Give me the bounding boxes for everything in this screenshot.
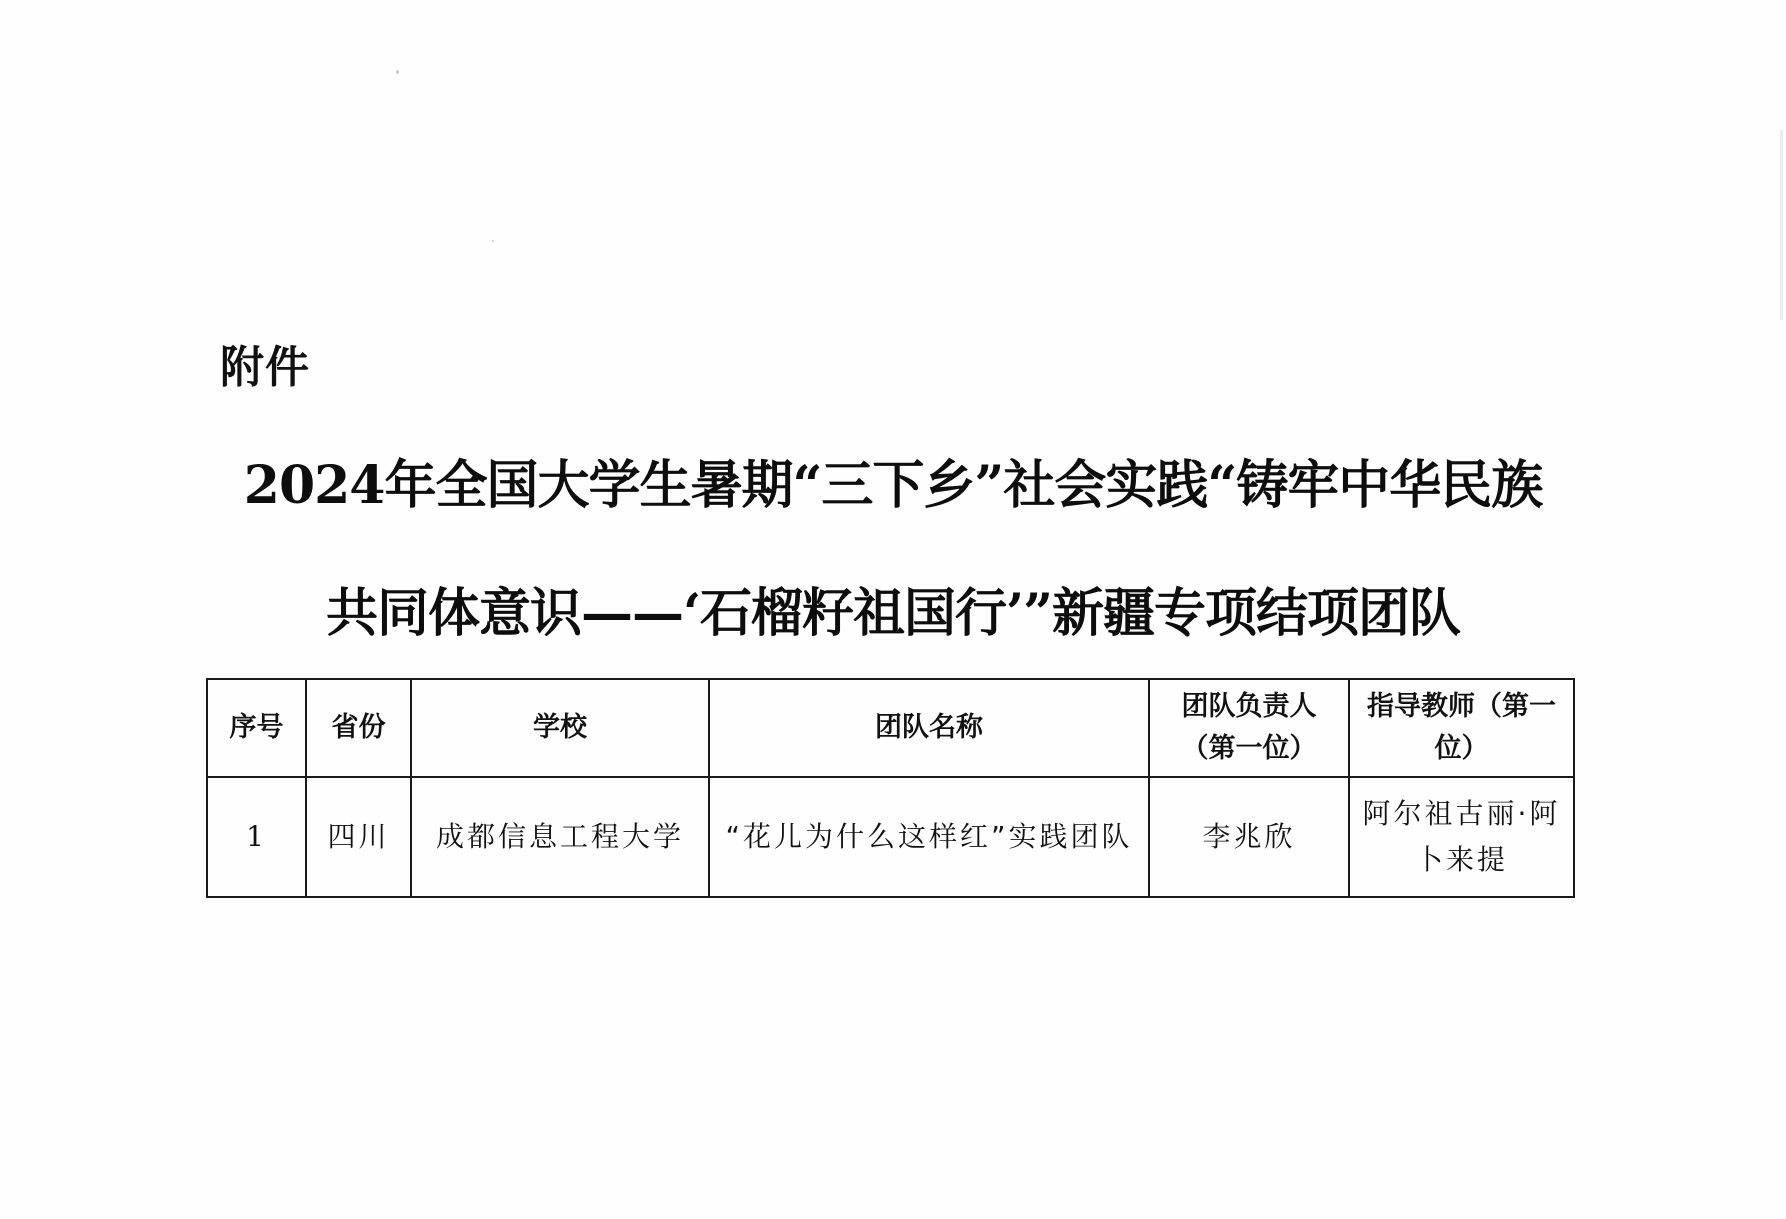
table-header-row: 序号 省份 学校 团队名称 团队负责人（第一位） 指导教师（第一位） <box>207 679 1574 777</box>
header-index: 序号 <box>207 679 306 777</box>
scan-speck <box>396 70 399 74</box>
document-page: 附件 2024年全国大学生暑期“三下乡”社会实践“铸牢中华民族 共同体意识——‘… <box>0 0 1786 1219</box>
header-team-name: 团队名称 <box>709 679 1149 777</box>
attachment-label: 附件 <box>220 338 310 398</box>
document-title-line-2: 共同体意识——‘石榴籽祖国行’”新疆专项结项团队 <box>0 574 1786 654</box>
cell-team-name: “花儿为什么这样红”实践团队 <box>709 777 1149 897</box>
cell-province: 四川 <box>306 777 411 897</box>
header-advisor: 指导教师（第一位） <box>1349 679 1574 777</box>
header-team-leader: 团队负责人（第一位） <box>1149 679 1349 777</box>
document-title-line-1: 2024年全国大学生暑期“三下乡”社会实践“铸牢中华民族 <box>0 446 1786 526</box>
scan-speck <box>1780 130 1783 320</box>
header-school: 学校 <box>411 679 709 777</box>
header-province: 省份 <box>306 679 411 777</box>
scan-speck <box>492 240 494 242</box>
cell-school: 成都信息工程大学 <box>411 777 709 897</box>
table-row: 1 四川 成都信息工程大学 “花儿为什么这样红”实践团队 李兆欣 阿尔祖古丽·阿… <box>207 777 1574 897</box>
cell-index: 1 <box>207 777 306 897</box>
cell-team-leader: 李兆欣 <box>1149 777 1349 897</box>
results-table: 序号 省份 学校 团队名称 团队负责人（第一位） 指导教师（第一位） 1 四川 … <box>206 678 1575 898</box>
cell-advisor: 阿尔祖古丽·阿卜来提 <box>1349 777 1574 897</box>
